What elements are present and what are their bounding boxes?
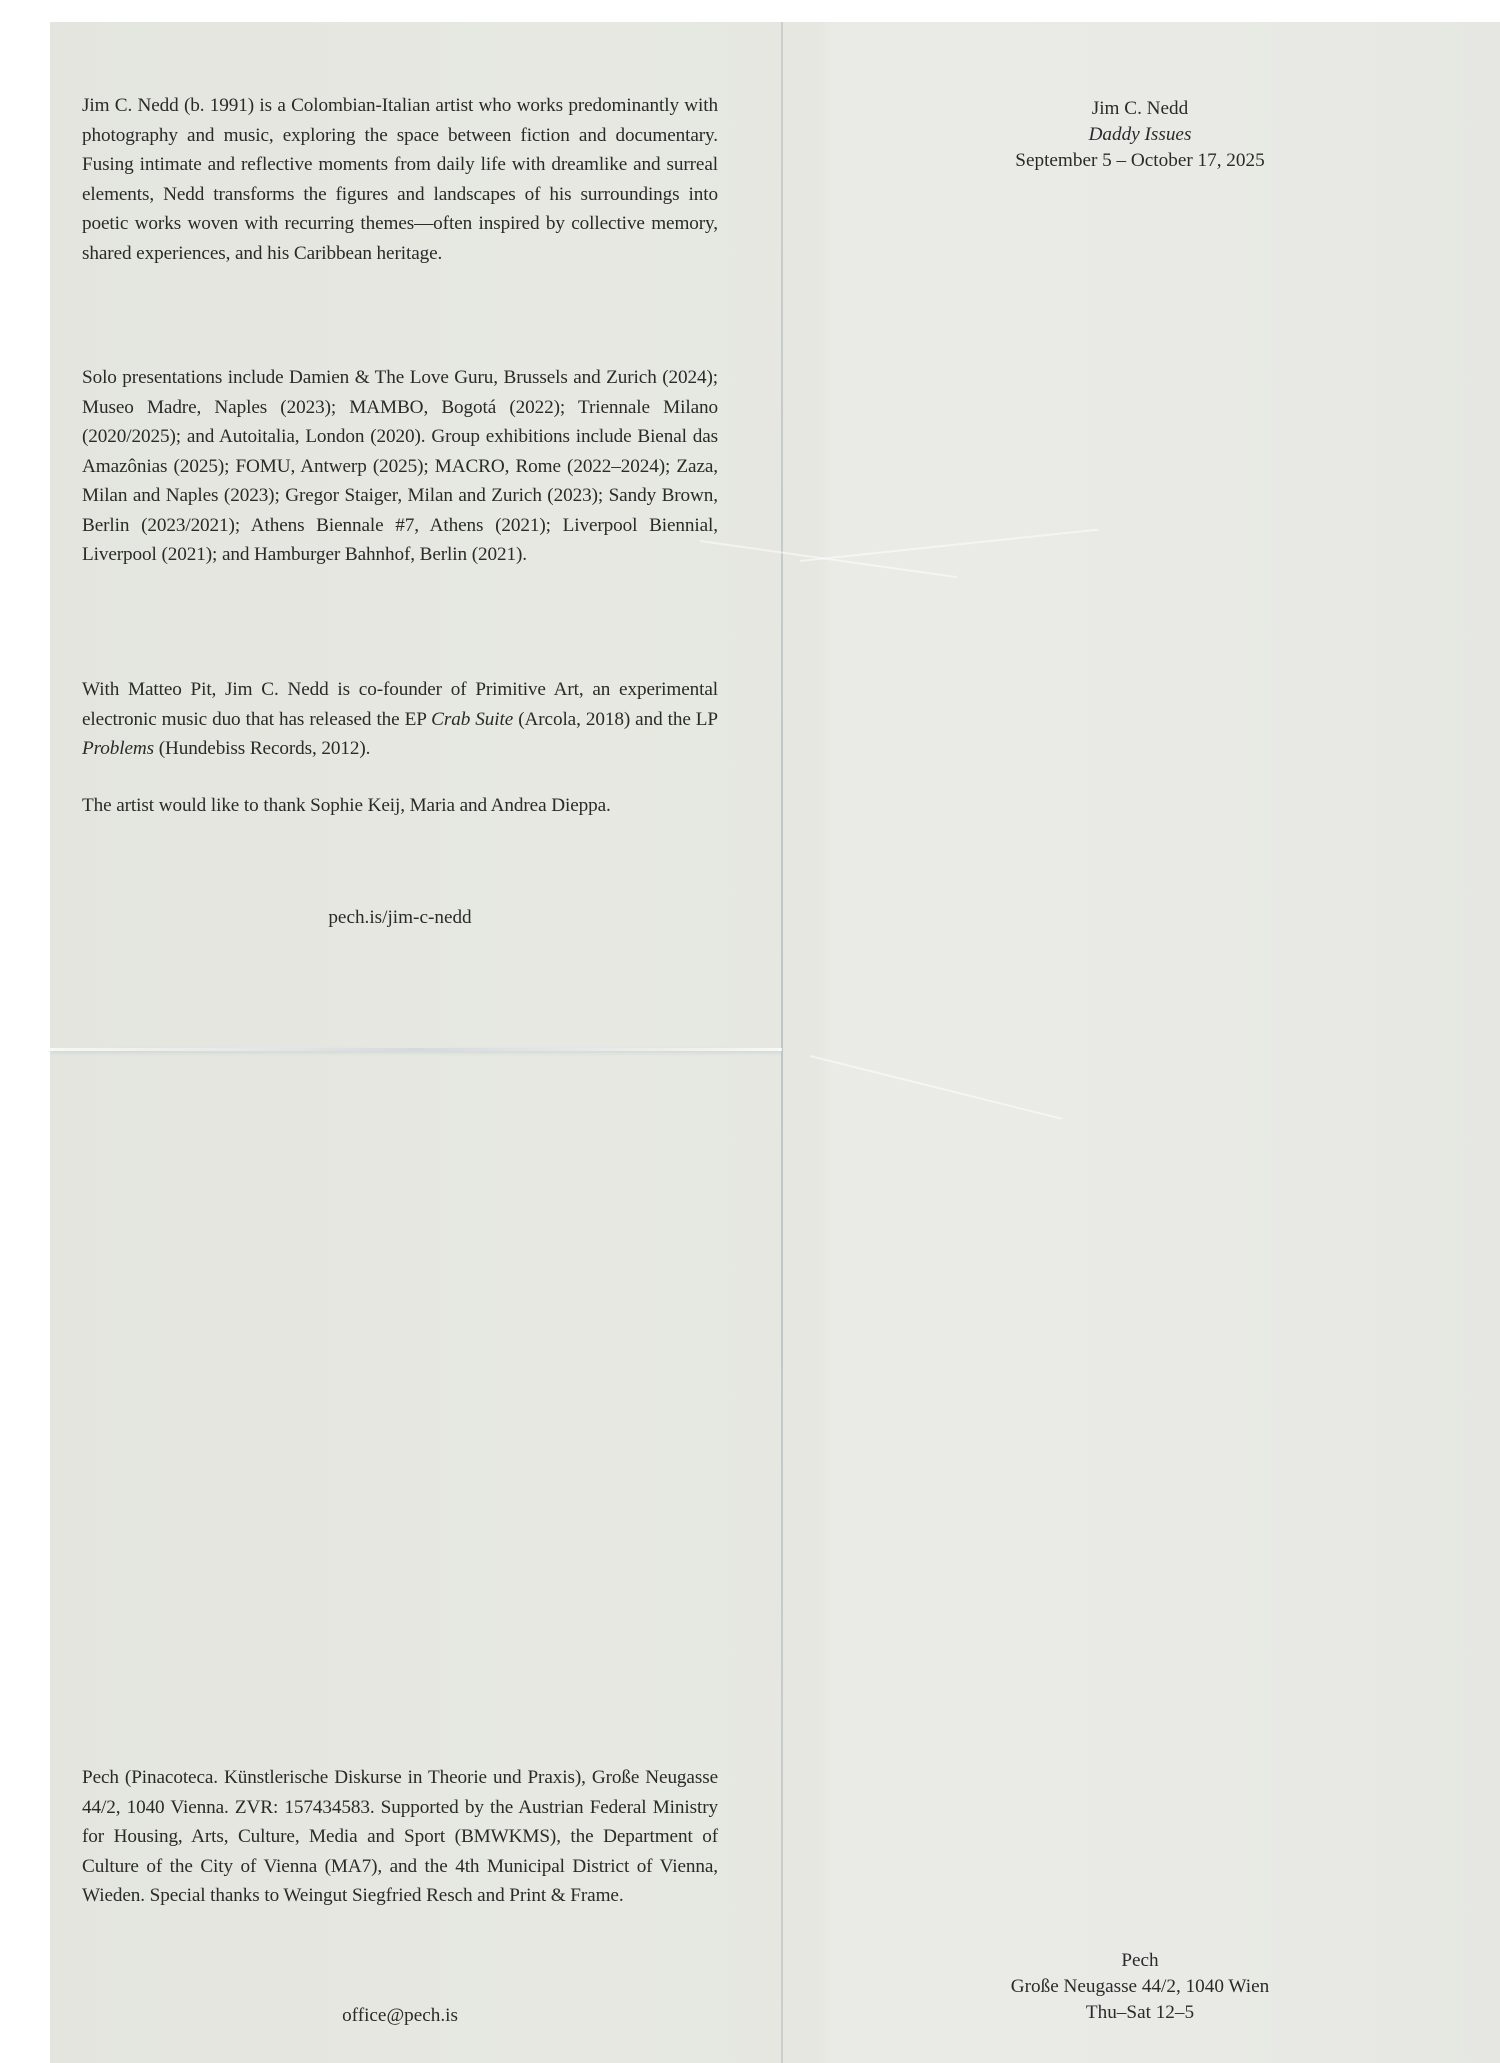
music-text: With Matteo Pit, Jim C. Nedd is co-found…: [82, 675, 718, 764]
music-text-part3: (Hundebiss Records, 2012).: [154, 738, 370, 759]
artist-bio: Jim C. Nedd (b. 1991) is a Colombian-Ita…: [82, 91, 718, 268]
venue-address: Große Neugasse 44/2, 1040 Wien: [900, 1974, 1380, 2000]
pech-info-paragraph: Pech (Pinacoteca. Künstlerische Diskurse…: [82, 1763, 718, 1911]
lp-title: Problems: [82, 738, 154, 759]
artist-bio-text: Jim C. Nedd (b. 1991) is a Colombian-Ita…: [82, 91, 718, 268]
artist-name: Jim C. Nedd: [900, 96, 1380, 122]
thanks-paragraph: The artist would like to thank Sophie Ke…: [82, 791, 718, 821]
music-paragraph: With Matteo Pit, Jim C. Nedd is co-found…: [82, 675, 718, 764]
paper-sheet: [50, 22, 1500, 2063]
exhibition-dates: September 5 – October 17, 2025: [900, 148, 1380, 174]
exhibition-header: Jim C. Nedd Daddy Issues September 5 – O…: [900, 96, 1380, 174]
email-link[interactable]: office@pech.is: [342, 2005, 458, 2026]
venue-name: Pech: [900, 1948, 1380, 1974]
vertical-fold-crease: [781, 22, 783, 2063]
exhibition-link[interactable]: pech.is/jim-c-nedd: [328, 907, 471, 928]
pech-info-text: Pech (Pinacoteca. Künstlerische Diskurse…: [82, 1763, 718, 1911]
opening-hours: Thu–Sat 12–5: [900, 2000, 1380, 2026]
horizontal-fold-crease: [50, 1048, 782, 1051]
thanks-text: The artist would like to thank Sophie Ke…: [82, 791, 718, 821]
exhibition-link-line: pech.is/jim-c-nedd: [82, 907, 718, 929]
venue-info: Pech Große Neugasse 44/2, 1040 Wien Thu–…: [900, 1948, 1380, 2026]
music-text-part2: (Arcola, 2018) and the LP: [513, 709, 718, 730]
exhibitions-text: Solo presentations include Damien & The …: [82, 363, 718, 570]
ep-title: Crab Suite: [431, 709, 513, 730]
exhibition-title: Daddy Issues: [900, 122, 1380, 148]
exhibitions-paragraph: Solo presentations include Damien & The …: [82, 363, 718, 570]
email-line: office@pech.is: [82, 2005, 718, 2027]
